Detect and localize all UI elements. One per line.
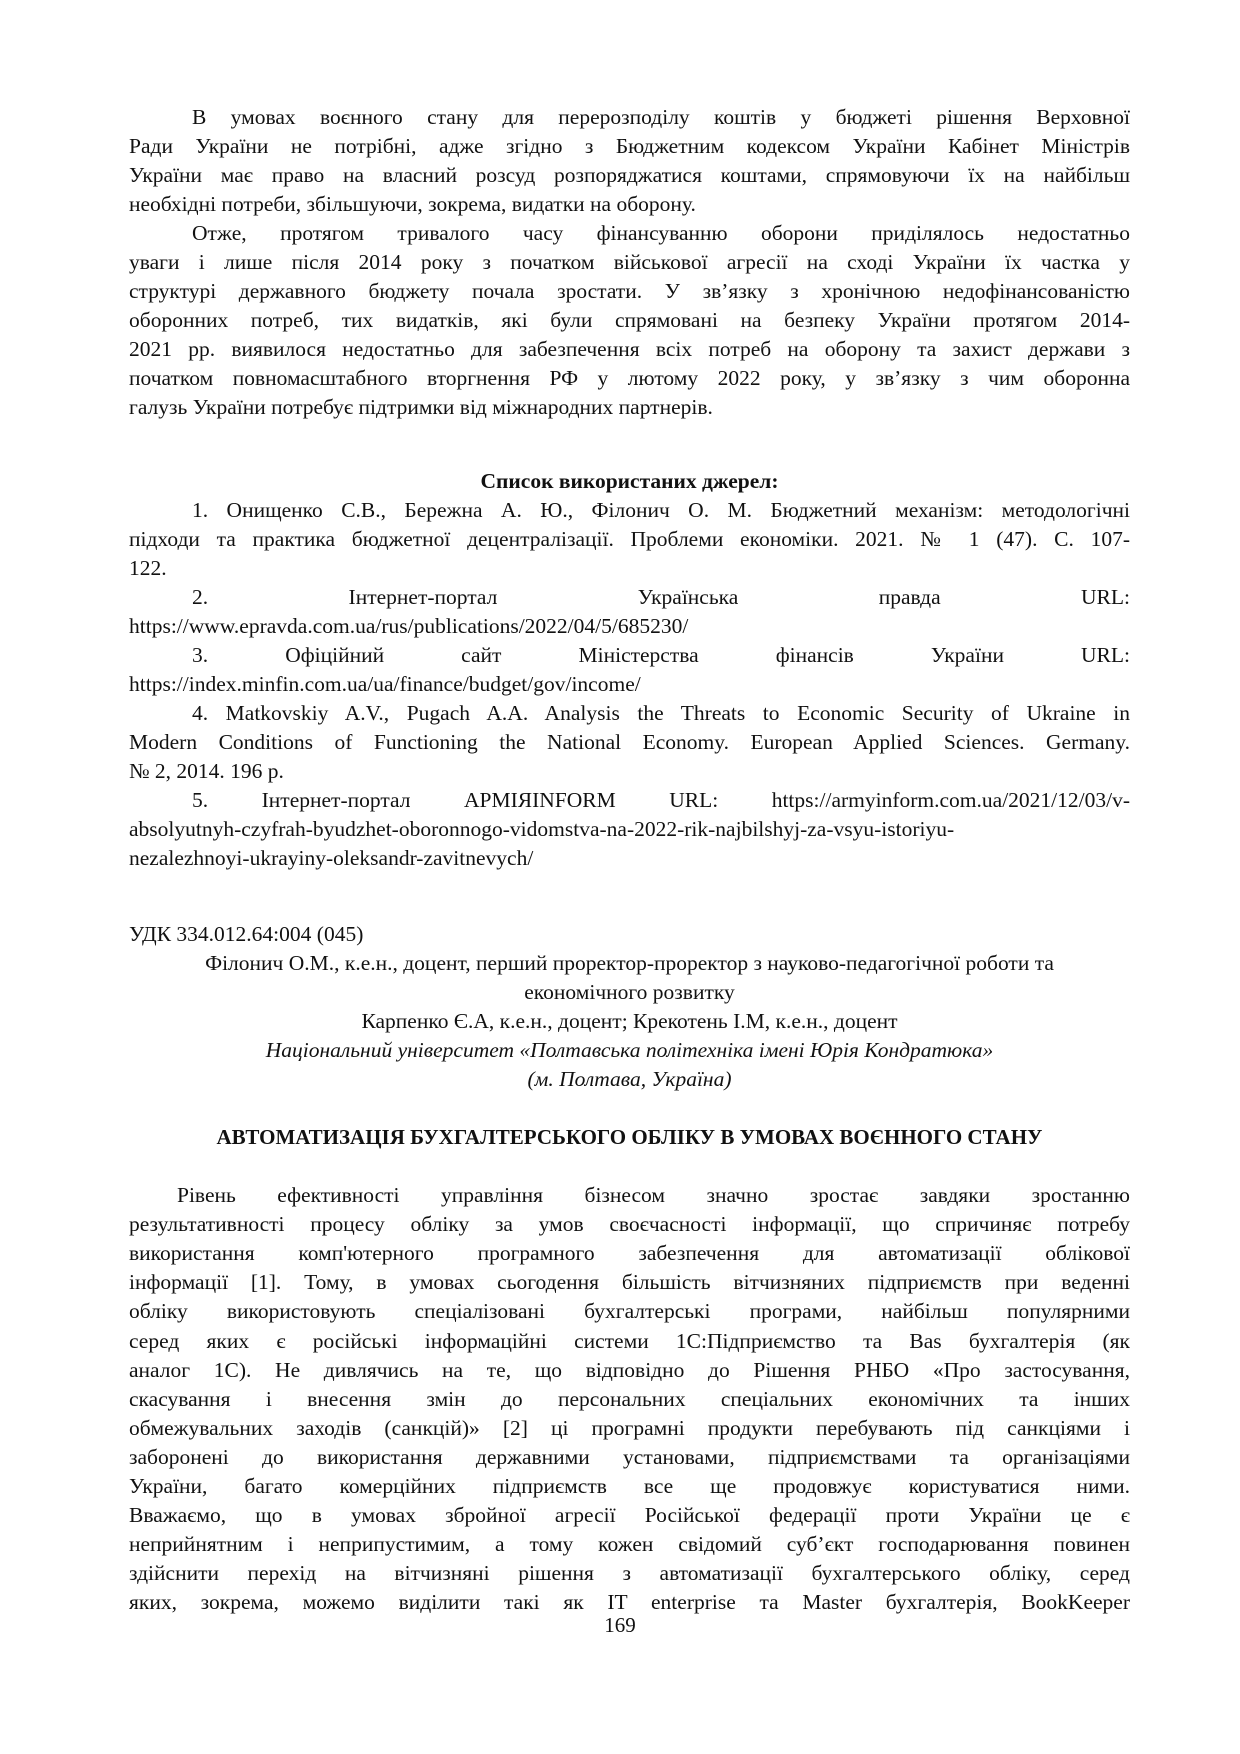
reference-5-url[interactable]: absolyutnyh-czyfrah-byudzhet-oboronnogo-…: [129, 815, 1130, 844]
intro-p2-line: оборонних потреб, тих видатків, які були…: [129, 306, 1130, 335]
article-body-line: неприйнятним і неприпустимим, а тому кож…: [129, 1530, 1130, 1559]
article-body-line: Рівень ефективності управління бізнесом …: [129, 1181, 1130, 1210]
article-body-line: обліку використовують спеціалізовані бух…: [129, 1297, 1130, 1326]
article-body-line: України, багато комерційних підприємств …: [129, 1472, 1130, 1501]
article-body-line: інформації [1]. Тому, в умовах сьогоденн…: [129, 1268, 1130, 1297]
location: (м. Полтава, Україна): [129, 1065, 1130, 1094]
intro-p2-line: галузь України потребує підтримки від мі…: [129, 393, 1130, 422]
intro-p2-line: уваги і лише після 2014 року з початком …: [129, 248, 1130, 277]
references-heading: Список використаних джерел:: [129, 467, 1130, 496]
article-body-line: здійснити перехід на вітчизняні рішення …: [129, 1559, 1130, 1588]
reference-5-line[interactable]: 5. Інтернет-портал АРМІЯINFORM URL: http…: [129, 786, 1130, 815]
reference-1-line: 1. Онищенко С.В., Бережна А. Ю., Філонич…: [129, 496, 1130, 525]
article-body-line: результативності процесу обліку за умов …: [129, 1210, 1130, 1239]
reference-2-line: 2. Інтернет-портал Українська правда URL…: [129, 583, 1130, 612]
authors-line: Карпенко Є.А, к.е.н., доцент; Крекотень …: [129, 1007, 1130, 1036]
reference-4-line: Modern Conditions of Functioning the Nat…: [129, 728, 1130, 757]
document-page: В умовах воєнного стану для перерозподіл…: [0, 0, 1240, 1754]
reference-5-url[interactable]: nezalezhnoyi-ukrayiny-oleksandr-zavitnev…: [129, 844, 1130, 873]
article-title: АВТОМАТИЗАЦІЯ БУХГАЛТЕРСЬКОГО ОБЛІКУ В У…: [129, 1123, 1130, 1152]
affiliation: Національний університет «Полтавська пол…: [129, 1036, 1130, 1065]
intro-p1-line: України має право на власний розсуд розп…: [129, 161, 1130, 190]
page-number: 169: [0, 1613, 1240, 1638]
udc-code: УДК 334.012.64:004 (045): [129, 920, 1130, 949]
intro-p2-line: структурі державного бюджету почала зрос…: [129, 277, 1130, 306]
reference-3-url[interactable]: https://index.minfin.com.ua/ua/finance/b…: [129, 670, 1130, 699]
reference-2-url[interactable]: https://www.epravda.com.ua/rus/publicati…: [129, 612, 1130, 641]
intro-p2-line: 2021 рр. виявилося недостатньо для забез…: [129, 335, 1130, 364]
authors-line: Філонич О.М., к.е.н., доцент, перший про…: [129, 949, 1130, 978]
article-body-line: серед яких є російські інформаційні сист…: [129, 1327, 1130, 1356]
article-body-line: аналог 1С). Не дивлячись на те, що відпо…: [129, 1356, 1130, 1385]
article-body-line: заборонені до використання державними ус…: [129, 1443, 1130, 1472]
intro-p2-line: початком повномасштабного вторгнення РФ …: [129, 364, 1130, 393]
article-body-line: скасування і внесення змін до персональн…: [129, 1385, 1130, 1414]
authors-line: економічного розвитку: [129, 978, 1130, 1007]
reference-4-line: № 2, 2014. 196 p.: [129, 757, 1130, 786]
reference-4-line: 4. Matkovskiy A.V., Pugach A.A. Analysis…: [129, 699, 1130, 728]
intro-p1-line: В умовах воєнного стану для перерозподіл…: [129, 103, 1130, 132]
intro-p2-line: Отже, протягом тривалого часу фінансуван…: [129, 219, 1130, 248]
reference-1-line: 122.: [129, 554, 1130, 583]
intro-p1-line: необхідні потреби, збільшуючи, зокрема, …: [129, 190, 1130, 219]
intro-p1-line: Ради України не потрібні, адже згідно з …: [129, 132, 1130, 161]
article-body-line: обмежувальних заходів (санкцій)» [2] ці …: [129, 1414, 1130, 1443]
reference-3-line: 3. Офіційний сайт Міністерства фінансів …: [129, 641, 1130, 670]
article-body-line: використання комп'ютерного програмного з…: [129, 1239, 1130, 1268]
article-body-line: Вважаємо, що в умовах збройної агресії Р…: [129, 1501, 1130, 1530]
reference-1-line: підходи та практика бюджетної децентралі…: [129, 525, 1130, 554]
